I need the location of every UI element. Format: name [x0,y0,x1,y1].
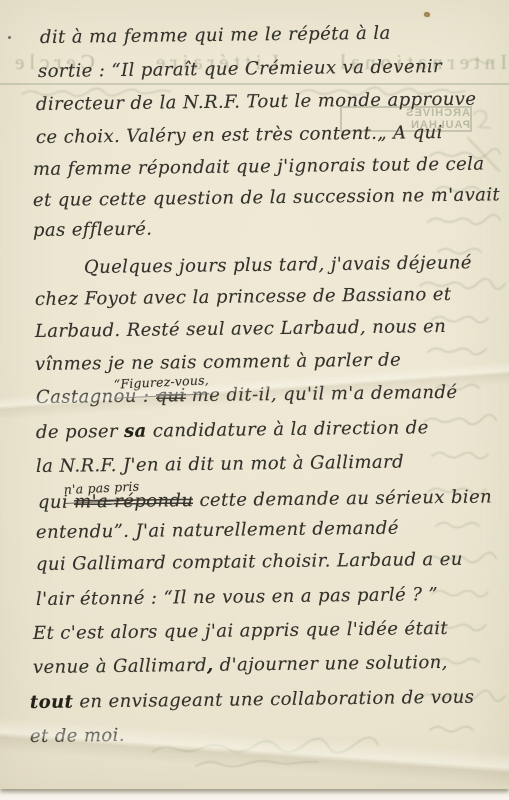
letter-line: Quelques jours plus tard, j'avais déjeun… [84,251,472,280]
letter-line-with-correction: de poser sa candidature à la direction d… [36,416,429,445]
letter-line-with-correction: tout en envisageant une collaboration de… [30,686,475,715]
overwritten-word: sa [124,421,147,442]
letter-line: dit à ma femme qui me le répéta à la [40,22,391,50]
interlinear-insertion: “Figurez-vous, [113,368,209,398]
letter-line: la N.R.F. J'en ai dit un mot à Gallimard [36,451,404,479]
letter-line: l'air étonné : “Il ne vous en a pas parl… [36,583,438,612]
overwritten-word: tout [30,691,74,713]
letter-line: ce choix. Valéry en est très content.„ A… [36,121,443,150]
letter-line: vînmes je ne sais comment à parler de [35,349,401,377]
line-text: de poser [36,421,124,443]
line-text: venue à Gallimard [33,655,207,678]
letter-line: qui Gallimard comptait choisir. Larbaud … [36,548,463,577]
paper: Cercle Littéraire International ARCHIVES… [0,0,509,789]
line-text: candidature à la direction de [147,417,429,441]
letter-line: ma femme répondait que j'ignorais tout d… [33,152,485,182]
scanned-letter-page: Cercle Littéraire International ARCHIVES… [0,0,509,800]
line-text: cette demande au sérieux bien [193,486,492,511]
letter-line: et de moi. [30,724,125,749]
letter-line: Et c'est alors que j'ai appris que l'idé… [33,617,448,646]
line-text: d'ajourner une solution, [213,652,447,676]
interlinear-insertion: n'a pas pris [63,474,140,504]
line-text: en envisageant une collaboration de vous [73,687,474,713]
letter-line: entendu”. J'ai naturellement demandé [36,517,399,545]
letter-line: pas effleuré. [33,218,153,243]
letter-line: directeur de la N.R.F. Tout le monde app… [36,88,477,117]
letter-line: chez Foyot avec la princesse de Bassiano… [35,283,452,312]
letter-line-with-correction: venue à Gallimard, d'ajourner une soluti… [33,651,448,680]
letter-line: Larbaud. Resté seul avec Larbaud, nous e… [35,315,446,344]
letter-line: et que cette question de la succession n… [33,183,500,213]
letter-line-with-correction: qui m'a répondu cette demande au sérieux… [38,485,492,515]
line-text: me dit-il, qu'il m'a demandé [185,382,457,406]
letter-line-with-correction: Castagnou : qui me dit-il, qu'il m'a dem… [36,381,458,410]
ink-dot [8,36,11,39]
letter-line: sortie : “Il paraît que Crémieux va deve… [38,55,442,84]
paper-speck [424,12,430,17]
